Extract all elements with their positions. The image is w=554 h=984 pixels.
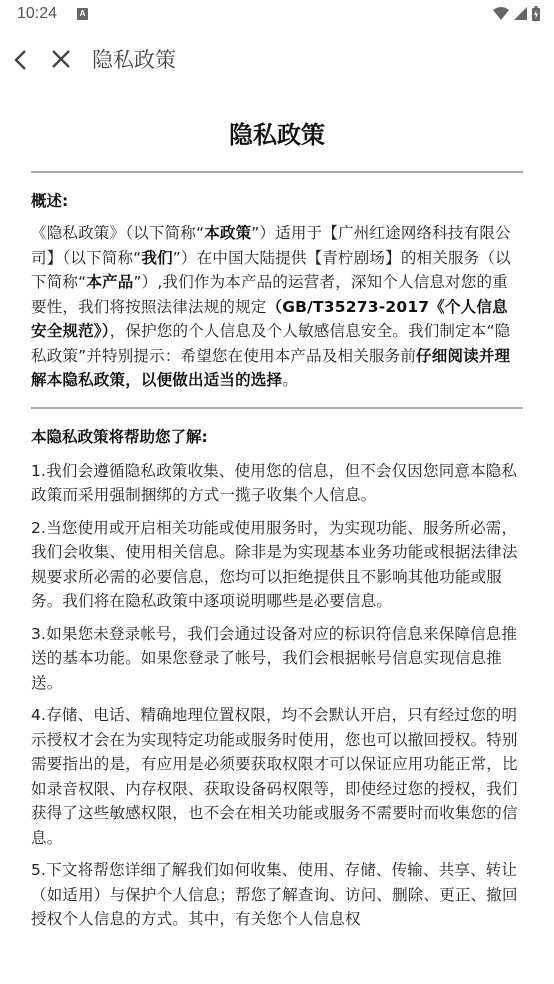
toolbar-title: 隐私政策 xyxy=(92,46,176,74)
close-button[interactable] xyxy=(48,46,74,74)
overview-paragraph: 《隐私政策》（以下简称“本政策”）适用于【广州红途网络科技有限公司】（以下简称“… xyxy=(31,221,523,393)
notification-a-icon: A xyxy=(77,8,88,20)
help-item: 4.存储、电话、精确地理位置权限，均不会默认开启，只有经过您的明示授权才会在为实… xyxy=(31,703,523,850)
cellular-signal-icon xyxy=(514,7,527,20)
wifi-icon xyxy=(493,7,509,20)
help-item: 3.如果您未登录帐号，我们会通过设备对应的标识符信息来保障信息推送的基本功能。如… xyxy=(31,622,523,696)
overview-segment-bold: 本产品 xyxy=(86,273,133,291)
back-button[interactable] xyxy=(10,46,34,74)
overview-segment-bold: 本政策 xyxy=(204,224,251,242)
toolbar: 隐私政策 xyxy=(0,36,554,84)
overview-segment: 。 xyxy=(282,371,298,389)
close-icon xyxy=(48,46,74,74)
help-item: 1.我们会遵循隐私政策收集、使用您的信息，但不会仅因您同意本隐私政策而采用强制捆… xyxy=(31,459,523,508)
help-item: 5.下文将帮您详细了解我们如何收集、使用、存储、传输、共享、转让（如适用）与保护… xyxy=(31,858,523,932)
help-heading: 本隐私政策将帮助您了解: xyxy=(31,425,523,449)
status-time: 10:24 xyxy=(17,5,57,23)
battery-charging-icon xyxy=(532,6,540,21)
status-bar: 10:24 A xyxy=(0,0,554,32)
chevron-left-icon xyxy=(10,46,34,74)
divider xyxy=(31,171,523,173)
document-title: 隐私政策 xyxy=(31,110,523,160)
overview-segment: 《隐私政策》（以下简称“ xyxy=(31,224,204,242)
status-icons xyxy=(493,6,540,21)
overview-heading: 概述: xyxy=(31,189,523,213)
policy-content[interactable]: 隐私政策 概述: 《隐私政策》（以下简称“本政策”）适用于【广州红途网络科技有限… xyxy=(31,110,523,932)
overview-segment-bold: 我们 xyxy=(141,249,172,267)
help-item: 2.当您使用或开启相关功能或使用服务时，为实现功能、服务所必需，我们会收集、使用… xyxy=(31,516,523,614)
divider xyxy=(31,407,523,409)
